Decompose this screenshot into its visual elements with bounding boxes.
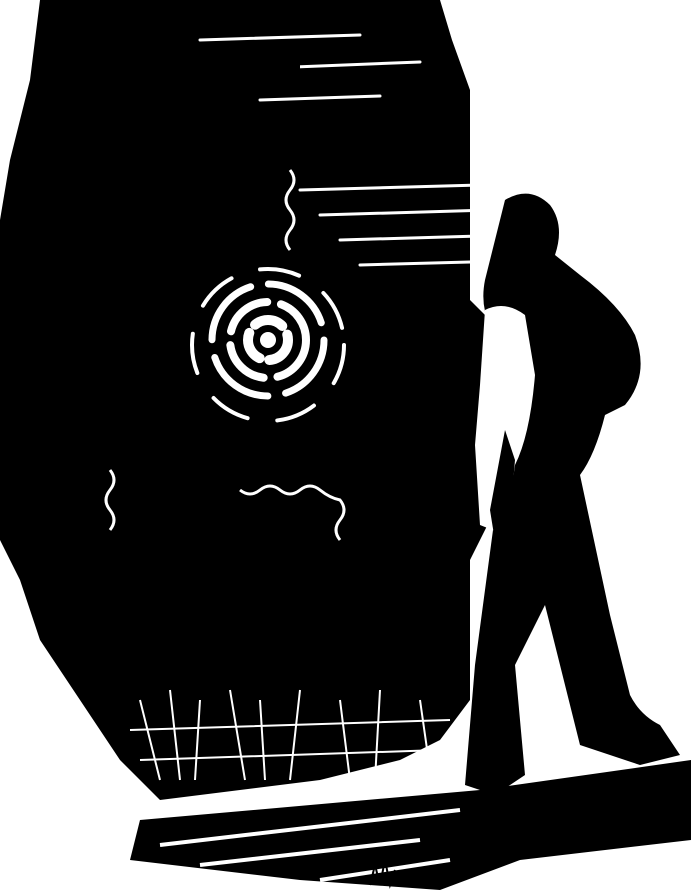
night-background (0, 0, 500, 800)
illustration-canvas (0, 0, 691, 896)
illustration: A man stands at right looking back over … (0, 0, 691, 896)
